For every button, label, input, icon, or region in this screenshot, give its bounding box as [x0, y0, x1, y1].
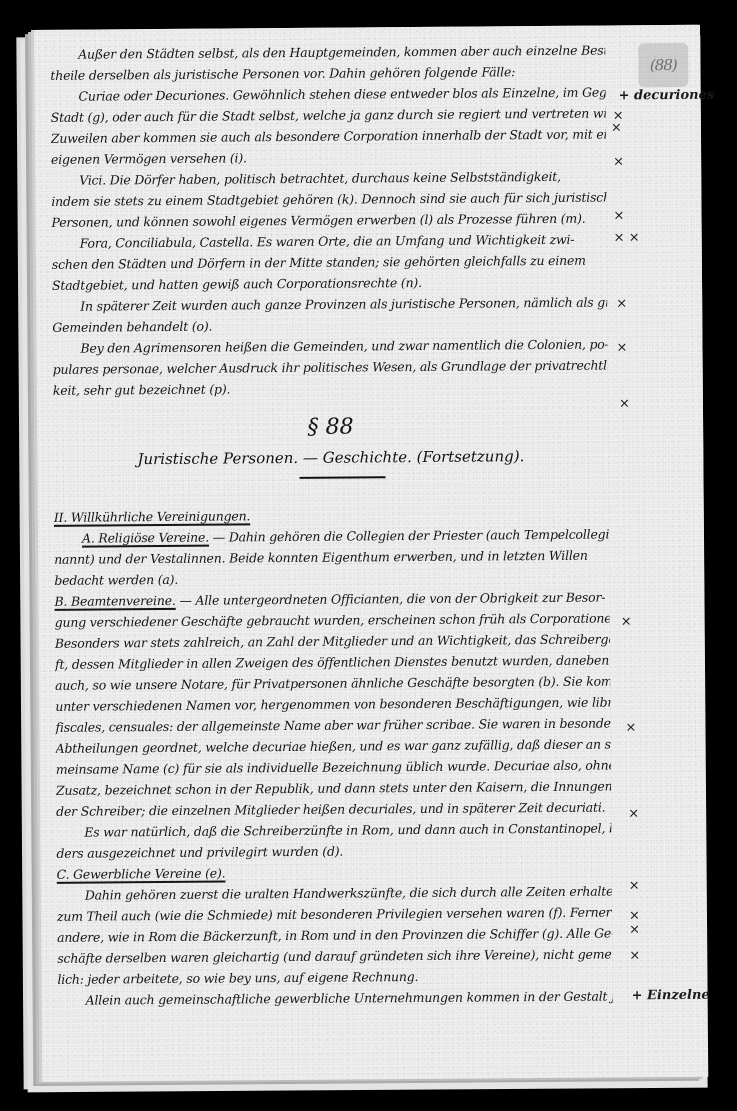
- heading-willkuerliche-vereinigungen: II. Willkührliche Vereinigungen.: [54, 508, 250, 525]
- text-line: pulares personae, welcher Ausdruck ihr p…: [53, 355, 608, 380]
- cross-mark-icon: ×: [628, 807, 639, 821]
- cross-mark-icon: ×: [613, 209, 624, 223]
- text-line: schäfte derselben waren gleichartig (und…: [57, 943, 612, 968]
- text-fragment: — Dahin gehören die Collegien der Priest…: [213, 526, 609, 544]
- text-fragment: — Alle untergeordneten Officianten, die …: [179, 590, 605, 608]
- text-line: keit, sehr gut bezeichnet (p).: [53, 376, 608, 401]
- margin-note-decuriones: + decuriones: [618, 89, 714, 104]
- text-line: Außer den Städten selbst, als den Hauptg…: [50, 40, 605, 65]
- text-line: schen den Städten und Dörfern in der Mit…: [52, 250, 607, 275]
- main-text-column: Außer den Städten selbst, als den Hauptg…: [50, 40, 613, 1011]
- cross-mark-icon: ×: [621, 615, 632, 629]
- heading-beamtenvereine: B. Beamtenvereine.: [54, 593, 175, 609]
- cross-mark-icon: ×: [611, 121, 622, 135]
- cross-mark-icon: ×: [629, 909, 640, 923]
- margin-annotations: + decuriones × × × × × × × × × × × × × ×…: [610, 39, 700, 40]
- cross-mark-icon: ×: [613, 155, 624, 169]
- text-line: In späterer Zeit wurden auch ganze Provi…: [52, 292, 607, 317]
- text-line: Allein auch gemeinschaftliche gewerblich…: [58, 985, 613, 1010]
- cross-mark-icon: ×: [629, 923, 640, 937]
- cross-mark-icon: ×: [619, 397, 630, 411]
- text-line: Zuweilen aber kommen sie auch als besond…: [51, 124, 606, 149]
- cross-mark-icon: ×: [629, 949, 640, 963]
- manuscript-page: (88) Außer den Städten selbst, als den H…: [34, 25, 708, 1082]
- margin-note-einzelne: + Einzelne: [632, 989, 710, 1004]
- cross-mark-icon: ×: [616, 297, 627, 311]
- text-line: Es war natürlich, daß die Schreiberzünft…: [56, 817, 611, 842]
- page-number-stamp: (88): [638, 43, 688, 87]
- section-number: § 88: [53, 409, 608, 447]
- cross-mark-icon: ×: [629, 879, 640, 893]
- cross-mark-icon: ×: [616, 341, 627, 355]
- text-line: nannt) und der Vestalinnen. Beide konnte…: [54, 544, 609, 569]
- section-title: Juristische Personen. — Geschichte. (For…: [53, 443, 608, 473]
- cross-mark-icon: ×: [625, 721, 636, 735]
- heading-religioese-vereine: A. Religiöse Vereine.: [82, 530, 209, 546]
- heading-gewerbliche-vereine: C. Gewerbliche Vereine (e).: [57, 866, 226, 882]
- cross-mark-pair-icon: × ×: [614, 231, 640, 245]
